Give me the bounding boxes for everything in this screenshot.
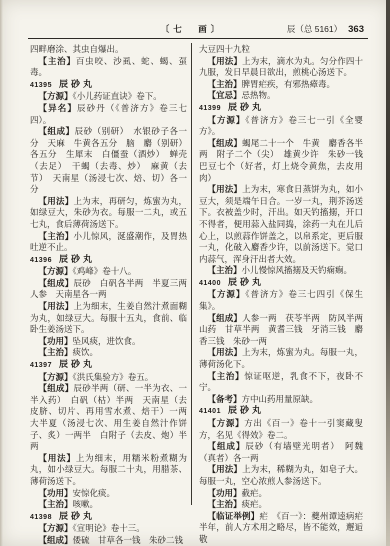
- entry-number: 41397: [30, 362, 52, 369]
- field-label: 【组成】: [39, 383, 74, 393]
- field-text: 安惊化痰。: [73, 488, 116, 498]
- paragraph: 【方源】《小儿药证直诀》卷下。: [30, 91, 187, 103]
- paragraph: 【组成】辰砂（有墙壁光明者） 阿魏（真者）各一两: [199, 441, 363, 464]
- entry-title: 辰砂丸: [59, 511, 95, 521]
- field-label: 【功用】: [39, 336, 73, 346]
- field-label: 【用法】: [208, 56, 243, 66]
- paragraph: 【主治】痰饮。: [30, 347, 187, 359]
- paragraph: 【异名】辰砂丹（《普济方》卷三七四）。: [30, 103, 187, 126]
- field-label: 【方源】: [39, 372, 73, 382]
- field-label: 【组成】: [39, 126, 75, 136]
- scan-right-edge-shadow: [386, 0, 390, 546]
- paragraph: 【主治】百虫咬、沙虱、蛇、蝎、虿毒。: [30, 56, 187, 79]
- field-label: 【方源】: [39, 523, 73, 533]
- entry-number: 41395: [30, 82, 52, 89]
- paragraph: 【组成】辰砂（别研） 水银砂子各一分 天麻 牛黄各五分 脑 麝（别研）各五分 生…: [30, 126, 187, 196]
- paragraph: 【用法】上为末，寒食日蒸饼为丸，如小豆大，须是端午日合。一岁一丸，荆芥汤送下。衣…: [199, 184, 363, 265]
- field-label: 【主治】: [208, 499, 242, 509]
- running-head: 辰（总 5161）363: [287, 22, 364, 37]
- field-label: 【组成】: [208, 138, 243, 148]
- field-text: 上为末，寒食日蒸饼为丸，如小豆大，须是端午日合。一岁一丸，荆芥汤送下。衣被盖少时…: [199, 184, 363, 264]
- field-label: 【主治】: [39, 499, 73, 509]
- field-label: 【主治】: [39, 347, 73, 357]
- field-label: 【功用】: [208, 488, 242, 498]
- entry-heading: 41399辰砂丸: [199, 102, 363, 115]
- page-header: 〔七 画〕 辰（总 5161）363: [30, 22, 364, 36]
- paragraph: 【主治】小儿慢惊风搐搦及天钓痫痸。: [199, 265, 363, 277]
- paragraph: 【用法】上为末，稀糊为丸，如皂子大。每服一丸，空心浓煎人参汤送下。: [199, 464, 363, 487]
- paragraph: 【组成】辰砂 白矾各半两 半夏三两 人参 天南星各一两: [30, 278, 187, 301]
- entry-title: 辰砂丸: [59, 359, 95, 369]
- entry-title: 辰砂丸: [59, 254, 95, 264]
- paragraph: 【宜忌】忌热物。: [199, 90, 363, 102]
- field-label: 【方源】: [208, 418, 245, 428]
- field-text: 坠风痰，进饮食。: [73, 336, 141, 346]
- field-text: 《洪氏集验方》卷五。: [73, 372, 154, 382]
- field-label: 【用法】: [39, 301, 74, 311]
- field-label: 【主治】: [208, 371, 245, 381]
- entry-heading: 41398辰砂丸: [30, 511, 187, 524]
- paragraph: 四畔磨涂、其虫自爆出。: [30, 44, 187, 56]
- header-rule: [28, 38, 368, 39]
- paragraph: 【组成】辰砂半两（研、一半为衣、一半入药） 白矾（枯）半两 天南星（去皮脐、切片…: [30, 383, 187, 453]
- paragraph: 【方源】《鸡峰》卷十八。: [30, 266, 187, 278]
- scanned-book-page: 〔七 画〕 辰（总 5161）363 四畔磨涂、其虫自爆出。【主治】百虫咬、沙虱…: [0, 0, 390, 546]
- field-label: 【用法】: [208, 464, 243, 474]
- entry-number: 41398: [30, 514, 52, 521]
- paragraph: 【功用】坠风痰，进饮食。: [30, 336, 187, 348]
- entry-title: 辰砂丸: [59, 79, 95, 89]
- entry-number: 41401: [199, 408, 221, 415]
- field-text: 《宣明论》卷十三。: [73, 523, 145, 533]
- paragraph: 【方源】方出《百一》卷十一引窦藏叟方，名见《得效》卷二。: [199, 418, 363, 441]
- paragraph: 【方源】《普济方》卷三七一引《全婴方》。: [199, 115, 363, 138]
- entry-number: 41396: [30, 257, 52, 264]
- field-text: 脾胃疟疾，有邪热瘴毒。: [242, 79, 336, 89]
- field-text: 小儿慢惊风搐搦及天钓痫痸。: [242, 265, 353, 275]
- field-text: 截疟。: [242, 488, 268, 498]
- field-label: 【组成】: [208, 441, 246, 451]
- field-text: 《小儿药证直诀》卷下。: [73, 91, 162, 101]
- paragraph: 【用法】上为细末，生姜自然汁煮面糊为丸，如绿豆大。每服十五丸，食前、临卧生姜汤送…: [30, 301, 187, 336]
- field-label: 【方源】: [208, 115, 246, 125]
- entry-heading: 41397辰砂丸: [30, 359, 187, 372]
- field-label: 【方源】: [39, 266, 73, 276]
- field-text: 四畔磨涂、其虫自爆出。: [30, 44, 124, 54]
- field-label: 【用法】: [39, 453, 76, 463]
- field-label: 【用法】: [208, 184, 243, 194]
- field-label: 【主治】: [208, 265, 242, 275]
- paragraph: 【方源】《普济方》卷三七四引《保生集》。: [199, 289, 363, 312]
- scan-left-edge-shadow: [0, 0, 3, 546]
- field-text: 痰疟。: [242, 499, 268, 509]
- paragraph: 大豆四十九粒: [199, 44, 363, 56]
- field-label: 【用法】: [208, 347, 243, 357]
- field-label: 【主治】: [39, 231, 74, 241]
- paragraph: 【组成】蝎尾二十一个 牛黄 麝香各半两 附子二个（尖） 雄黄少许 朱砂一钱 巴豆…: [199, 138, 363, 184]
- paragraph: 【备考】方中山药用量原缺。: [199, 394, 363, 406]
- paragraph: 【用法】上为末，炼蜜为丸。每服一丸，薄荷汤化下。: [199, 347, 363, 370]
- field-text: 倭硫 甘草各一钱 朱砂二钱: [73, 535, 184, 545]
- paragraph: 【主治】惊证呕逆，乳食不下，夜卧不宁。: [199, 371, 363, 394]
- field-text: 咳嗽。: [73, 499, 99, 509]
- paragraph: 【组成】倭硫 甘草各一钱 朱砂二钱: [30, 535, 187, 546]
- paragraph: 【功用】安惊化痰。: [30, 488, 187, 500]
- field-text: 忌热物。: [242, 90, 276, 100]
- column-divider: [191, 43, 192, 505]
- field-text: 《鸡峰》卷十八。: [73, 266, 137, 276]
- field-label: 【功用】: [39, 488, 73, 498]
- entry-number: 41400: [199, 280, 221, 287]
- field-label: 【异名】: [39, 103, 77, 113]
- entry-title: 辰砂丸: [228, 405, 264, 415]
- field-text: 痰饮。: [73, 347, 99, 357]
- entry-title: 辰砂丸: [228, 102, 264, 112]
- paragraph: 【组成】人参一两 茯苓半两 防风半两 山药 甘草半两 黄耆三钱 牙消三钱 麝香三…: [199, 313, 363, 348]
- entry-heading: 41400辰砂丸: [199, 277, 363, 290]
- left-column: 四畔磨涂、其虫自爆出。【主治】百虫咬、沙虱、蛇、蝎、虿毒。41395辰砂丸【方源…: [30, 44, 187, 546]
- entry-heading: 41395辰砂丸: [30, 79, 187, 92]
- field-label: 【方源】: [208, 289, 246, 299]
- paragraph: 【主治】脾胃疟疾，有邪热瘴毒。: [199, 79, 363, 91]
- paragraph: 【用法】上为末，再研匀，炼蜜为丸，如绿豆大，朱砂为衣。每服一二丸，或五七丸，食后…: [30, 196, 187, 231]
- section-heading: 〔七 画〕: [161, 22, 224, 36]
- field-label: 【用法】: [39, 196, 74, 206]
- entry-title: 辰砂丸: [228, 277, 264, 287]
- entry-number: 41399: [199, 105, 221, 112]
- paragraph: 【用法】上为细末，用糯米粉煮糊为丸，如小绿豆大。每服二十丸，用腊茶、薄荷汤送下。: [30, 453, 187, 488]
- paragraph: 【主治】痰疟。: [199, 499, 363, 511]
- paragraph: 【方源】《洪氏集验方》卷五。: [30, 372, 187, 384]
- paragraph: 【临证举例】疟 《百一》：夔州谭逵病疟半年，前人方术用之略尽，皆不能效，邂逅敬: [199, 511, 363, 546]
- field-text: 辰砂半两（研、一半为衣、一半入药） 白矾（枯）半两 天南星（去皮脐、切片、再用雪…: [30, 383, 196, 451]
- paragraph: 【方源】《宣明论》卷十三。: [30, 523, 187, 535]
- entry-heading: 41401辰砂丸: [199, 405, 363, 418]
- page-number: 363: [348, 24, 364, 35]
- right-column: 大豆四十九粒【用法】上为末，滴水为丸。匀分作四十九服，发日早晨日欲出，煎桃心汤送…: [199, 44, 363, 546]
- field-label: 【宜忌】: [208, 90, 242, 100]
- field-label: 【主治】: [208, 79, 242, 89]
- running-head-text: 辰（总 5161）: [287, 24, 342, 34]
- paragraph: 【用法】上为末，滴水为丸。匀分作四十九服，发日早晨日欲出，煎桃心汤送下。: [199, 56, 363, 79]
- field-label: 【备考】: [208, 394, 242, 404]
- field-label: 【主治】: [39, 56, 76, 66]
- field-label: 【方源】: [39, 91, 73, 101]
- field-label: 【组成】: [39, 535, 73, 545]
- field-text: 方中山药用量原缺。: [242, 394, 319, 404]
- entry-heading: 41396辰砂丸: [30, 254, 187, 267]
- field-text: 辰砂（别研） 水银砂子各一分 天麻 牛黄各五分 脑 麝（别研）各五分 生犀末 白…: [30, 126, 187, 194]
- paragraph: 【主治】小儿惊风，涎盛潮作，及胃热吐逆不止。: [30, 231, 187, 254]
- paragraph: 【功用】截疟。: [199, 488, 363, 500]
- field-label: 【组成】: [39, 278, 74, 288]
- paragraph: 【主治】咳嗽。: [30, 499, 187, 511]
- field-label: 【组成】: [208, 313, 243, 323]
- field-text: 大豆四十九粒: [199, 44, 250, 54]
- field-label: 【临证举例】: [208, 511, 260, 521]
